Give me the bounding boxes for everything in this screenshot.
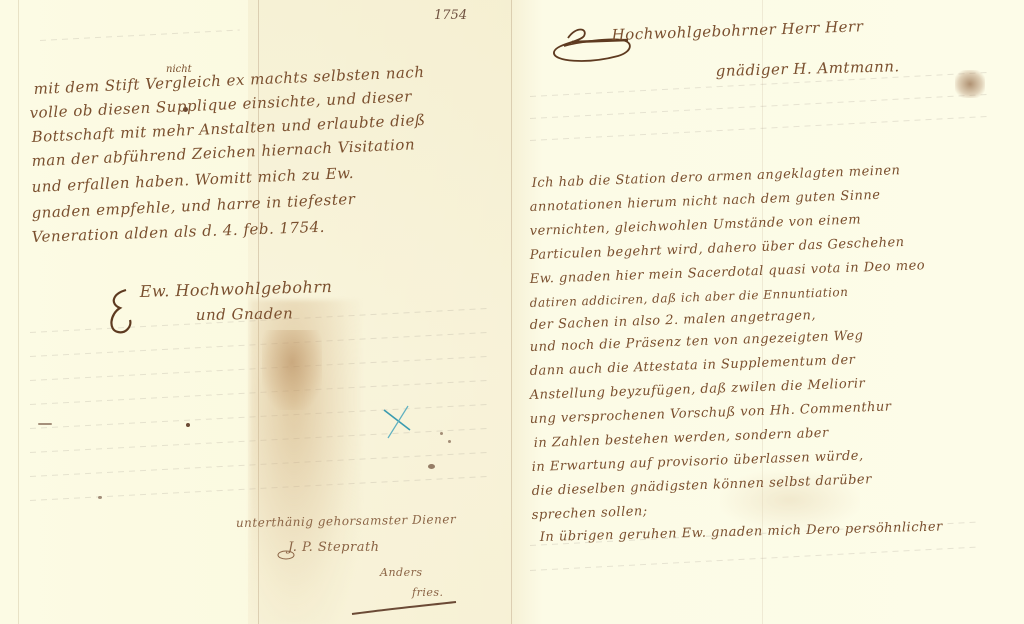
ink-spot [186, 423, 190, 427]
ink-spot [428, 464, 435, 469]
ink-blot-corner [955, 70, 985, 98]
signature-line3: Anders [380, 566, 422, 579]
ink-spot [440, 432, 443, 435]
signature-loop-flourish-icon [276, 548, 296, 562]
document-scan: 1754 nicht mit dem Stift Vergleich ex ma… [0, 0, 1024, 624]
blue-cross-mark-icon [378, 402, 418, 442]
closing-salutation-line2: und Gnaden [196, 304, 294, 324]
water-stain-core [262, 330, 322, 410]
year-annotation: 1754 [434, 8, 467, 23]
ink-spot [448, 440, 451, 443]
signature-name: J. P. Steprath [288, 540, 380, 555]
ink-spot [98, 496, 102, 499]
signature-underline-flourish-icon [350, 598, 460, 618]
center-fold-line [511, 0, 512, 624]
large-e-flourish-icon [108, 286, 138, 338]
ink-dash [38, 423, 52, 425]
left-edge-line [18, 0, 19, 624]
